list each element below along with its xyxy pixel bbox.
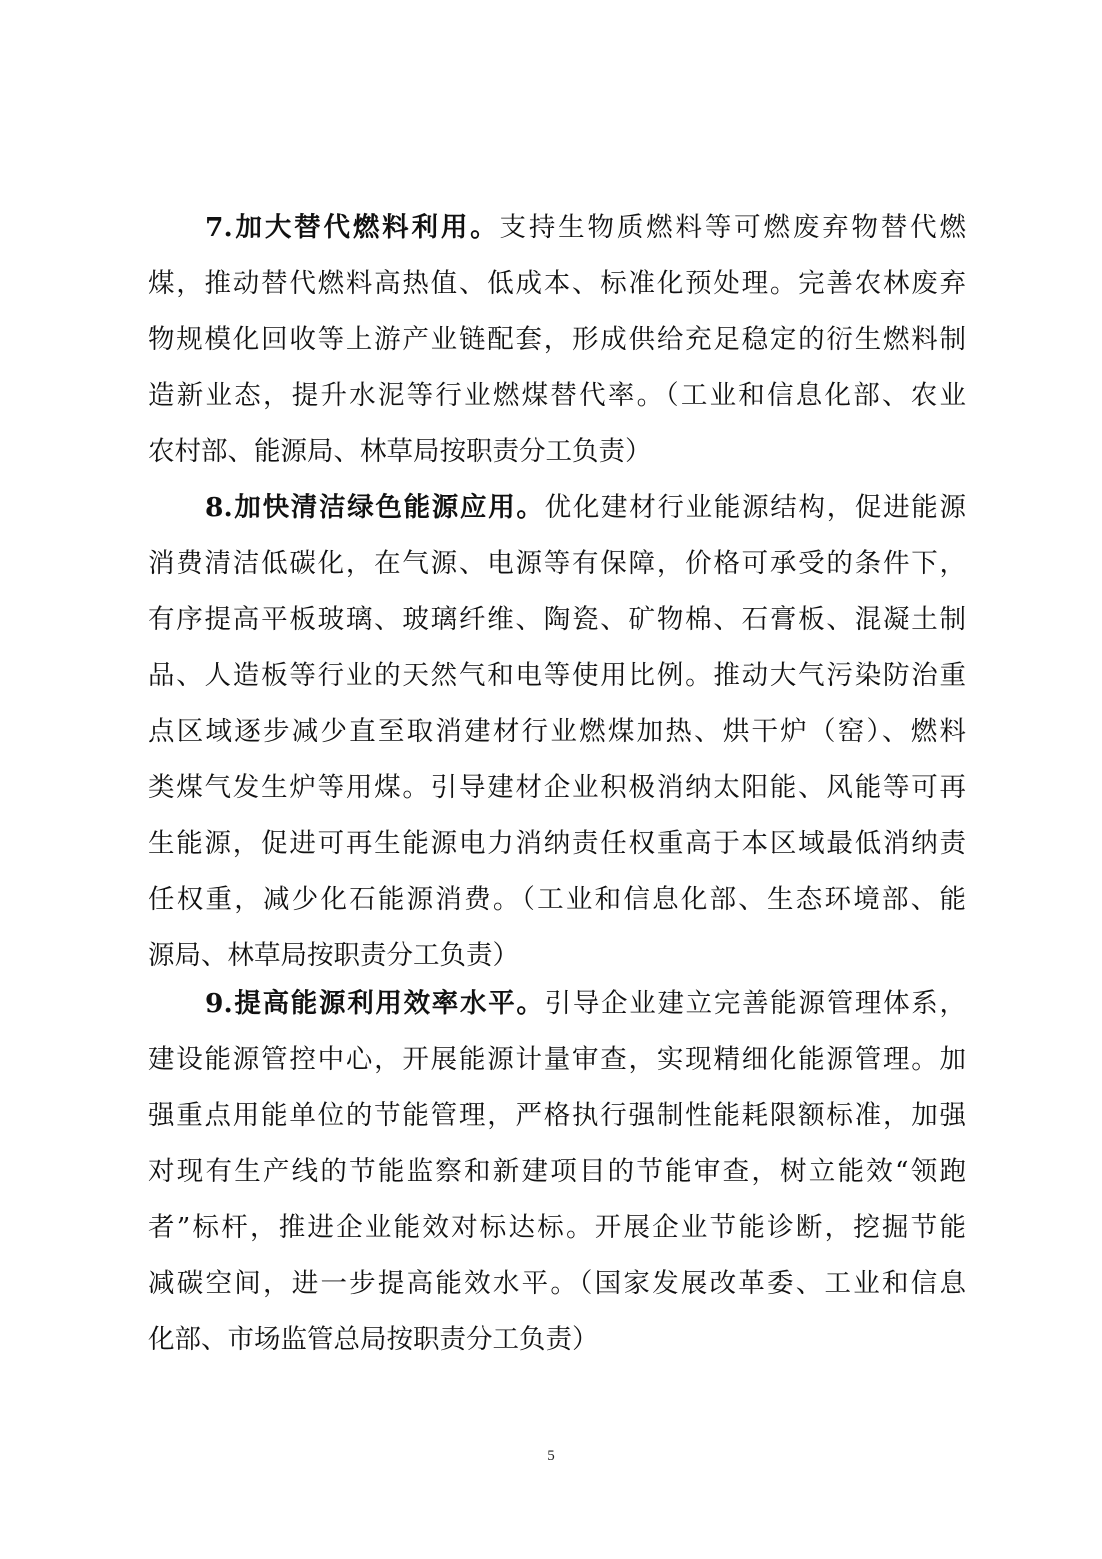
paragraph-line: 9.提高能源利用效率水平。引导企业建立完善能源管理体系， bbox=[205, 984, 966, 1024]
paragraph-line: 煤，推动替代燃料高热值、低成本、标准化预处理。完善农林废弃 bbox=[148, 264, 966, 304]
paragraph-line: 农村部、能源局、林草局按职责分工负责） bbox=[148, 432, 652, 472]
paragraph-line: 7.加大替代燃料利用。支持生物质燃料等可燃废弃物替代燃 bbox=[205, 208, 966, 248]
paragraph-line: 者”标杆，推进企业能效对标达标。开展企业节能诊断，挖掘节能 bbox=[148, 1208, 966, 1248]
paragraph-line: 物规模化回收等上游产业链配套，形成供给充足稳定的衍生燃料制 bbox=[148, 320, 966, 360]
document-page: 7.加大替代燃料利用。支持生物质燃料等可燃废弃物替代燃 煤，推动替代燃料高热值、… bbox=[0, 0, 1102, 1559]
item-text: 优化建材行业能源结构，促进能源 bbox=[545, 492, 966, 523]
item-title: 加快清洁绿色能源应用。 bbox=[233, 492, 545, 523]
paragraph-line: 源局、林草局按职责分工负责） bbox=[148, 936, 519, 976]
page-number: 5 bbox=[0, 1448, 1102, 1465]
paragraph-line: 品、人造板等行业的天然气和电等使用比例。推动大气污染防治重 bbox=[148, 656, 966, 696]
paragraph-line: 8.加快清洁绿色能源应用。优化建材行业能源结构，促进能源 bbox=[205, 488, 966, 528]
paragraph-line: 对现有生产线的节能监察和新建项目的节能审查，树立能效“领跑 bbox=[148, 1152, 966, 1192]
paragraph-line: 建设能源管控中心，开展能源计量审查，实现精细化能源管理。加 bbox=[148, 1040, 966, 1080]
paragraph-line: 任权重，减少化石能源消费。（工业和信息化部、生态环境部、能 bbox=[148, 880, 966, 920]
item-number: 7. bbox=[205, 212, 233, 243]
item-heading: 7.加大替代燃料利用。 bbox=[205, 212, 500, 243]
paragraph-line: 消费清洁低碳化，在气源、电源等有保障，价格可承受的条件下， bbox=[148, 544, 966, 584]
item-text: 支持生物质燃料等可燃废弃物替代燃 bbox=[500, 212, 967, 243]
item-heading: 9.提高能源利用效率水平。 bbox=[205, 988, 545, 1019]
item-title: 加大替代燃料利用。 bbox=[233, 212, 500, 243]
paragraph-line: 造新业态，提升水泥等行业燃煤替代率。（工业和信息化部、农业 bbox=[148, 376, 966, 416]
item-title: 提高能源利用效率水平。 bbox=[233, 988, 545, 1019]
item-heading: 8.加快清洁绿色能源应用。 bbox=[205, 492, 545, 523]
paragraph-line: 点区域逐步减少直至取消建材行业燃煤加热、烘干炉（窑）、燃料 bbox=[148, 712, 966, 752]
paragraph-line: 类煤气发生炉等用煤。引导建材企业积极消纳太阳能、风能等可再 bbox=[148, 768, 966, 808]
paragraph-line: 强重点用能单位的节能管理，严格执行强制性能耗限额标准，加强 bbox=[148, 1096, 966, 1136]
paragraph-line: 减碳空间，进一步提高能效水平。（国家发展改革委、工业和信息 bbox=[148, 1264, 966, 1304]
item-number: 8. bbox=[205, 492, 233, 523]
item-number: 9. bbox=[205, 988, 233, 1019]
paragraph-line: 化部、市场监管总局按职责分工负责） bbox=[148, 1320, 599, 1360]
item-text: 引导企业建立完善能源管理体系， bbox=[545, 988, 966, 1019]
paragraph-line: 有序提高平板玻璃、玻璃纤维、陶瓷、矿物棉、石膏板、混凝土制 bbox=[148, 600, 966, 640]
paragraph-line: 生能源，促进可再生能源电力消纳责任权重高于本区域最低消纳责 bbox=[148, 824, 966, 864]
